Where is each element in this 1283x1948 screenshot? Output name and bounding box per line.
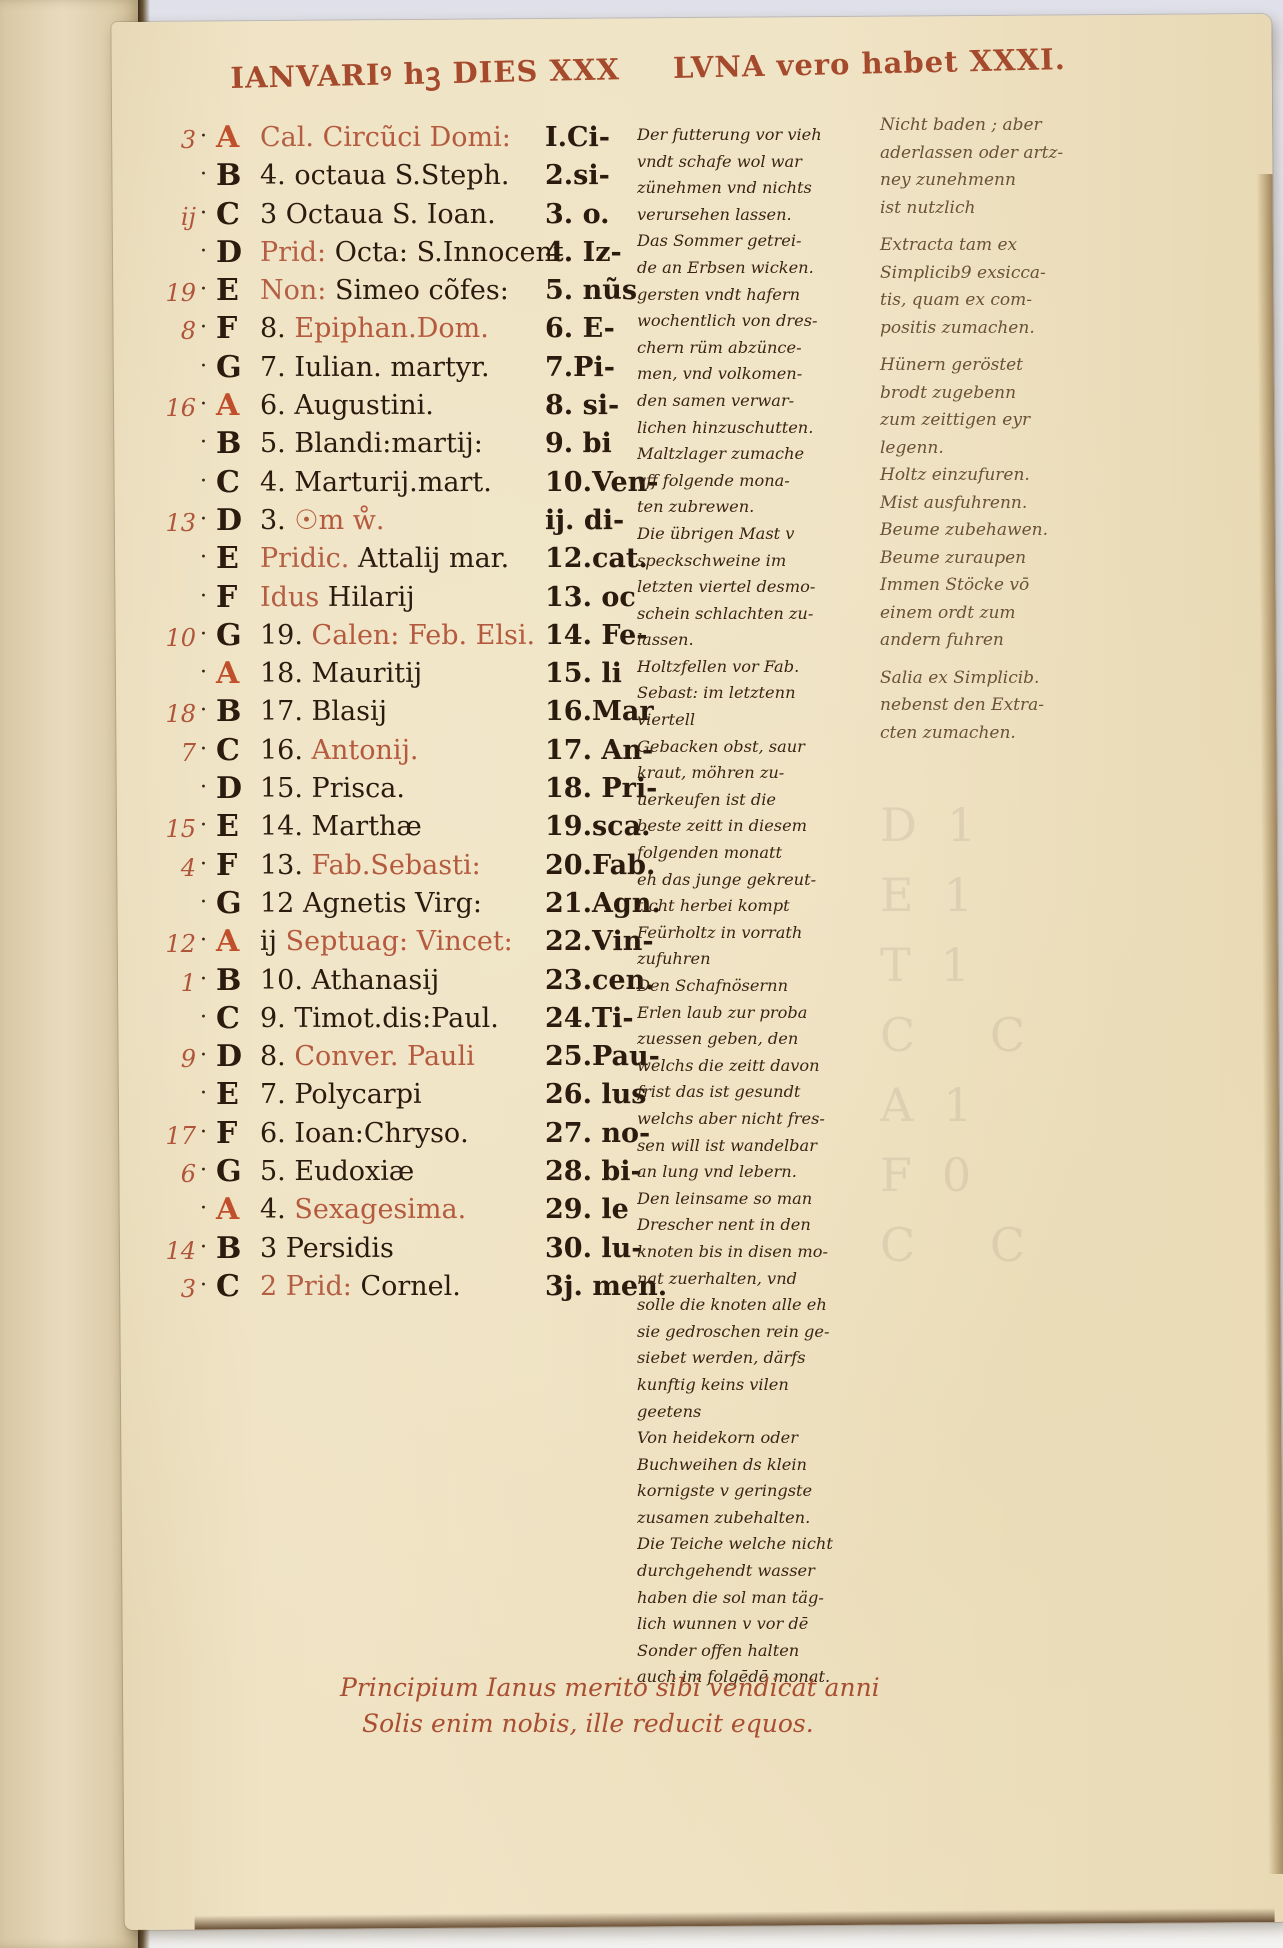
roman-date-and-feast: ij Septuag: Vincet: xyxy=(260,926,513,957)
dominical-letter: C xyxy=(216,465,240,500)
note-line: sie gedroschen rein ge- xyxy=(637,1319,877,1346)
golden-number: 18 xyxy=(160,700,196,728)
dominical-letter: A xyxy=(216,656,239,691)
calendar-row: ·A4. Sexagesima.29. le xyxy=(160,1192,640,1230)
dominical-letter: B xyxy=(216,426,241,461)
feast-name: Sexagesima. xyxy=(294,1194,466,1225)
note-line: Drescher nent in den xyxy=(637,1212,877,1239)
dominical-letter: E xyxy=(216,273,239,308)
feast-name: Cornel. xyxy=(360,1271,460,1302)
dominical-letter: G xyxy=(216,618,242,653)
roman-date-and-feast: 16. Antonij. xyxy=(260,735,419,766)
note-line: geetens xyxy=(637,1399,877,1426)
roman-date-and-feast: 14. Marthæ xyxy=(260,811,422,842)
day-number-cisiojanus: 6. E- xyxy=(545,313,615,344)
day-number-cisiojanus: 30. lu- xyxy=(545,1233,642,1264)
feast-name: octaua S.Steph. xyxy=(294,160,509,191)
day-number-cisiojanus: 28. bi- xyxy=(545,1156,642,1187)
note-line: men, vnd volkomen- xyxy=(637,361,877,388)
golden-number: 8 xyxy=(160,317,196,345)
note-line: den samen verwar- xyxy=(637,388,877,415)
roman-date: Non: xyxy=(260,275,326,306)
roman-date: 15. xyxy=(260,773,303,804)
feast-name: Mauritij xyxy=(312,658,423,689)
feast-name: Marthæ xyxy=(312,811,422,842)
roman-date: 5. xyxy=(260,1156,286,1187)
dominical-letter: D xyxy=(216,1039,242,1074)
calendar-row: ·FIdus Hilarij13. oc xyxy=(160,580,640,618)
calendar-row: 16·A6. Augustini.8. si- xyxy=(160,388,640,426)
calendar-row: 10·G19. Calen: Feb. Elsi.14. Fe- xyxy=(160,618,640,656)
note-line: lassen. xyxy=(637,627,877,654)
row-dot: · xyxy=(200,967,207,992)
calendar-row: ·B4. octaua S.Steph.2.si- xyxy=(160,158,640,196)
side-note-line: Nicht baden ; aber xyxy=(880,112,1120,140)
side-note-line: positis zumachen. xyxy=(880,315,1120,343)
note-line: eh das junge gekreut- xyxy=(637,867,877,894)
calendar-row: 12·Aij Septuag: Vincet:22.Vin- xyxy=(160,924,640,962)
dominical-letter: D xyxy=(216,235,242,270)
row-dot: · xyxy=(200,852,207,877)
dominical-letter: A xyxy=(216,388,239,423)
row-dot: · xyxy=(200,201,207,226)
show-through-ink: D1 E1 T1 C C A1 F0 C C xyxy=(880,790,1080,1210)
row-dot: · xyxy=(200,737,207,762)
roman-date: 9. xyxy=(260,1003,286,1034)
roman-date: 7. xyxy=(260,352,286,383)
note-line: welchs die zeitt davon xyxy=(637,1053,877,1080)
calendar-row: 7·C16. Antonij.17. An- xyxy=(160,733,640,771)
calendar-row: ·EPridic. Attalij mar.12.cat. xyxy=(160,541,640,579)
row-dot: · xyxy=(200,1043,207,1068)
dominical-letter: A xyxy=(216,924,239,959)
feast-name: Agnetis Virg: xyxy=(303,888,482,919)
row-dot: · xyxy=(200,469,207,494)
note-line: Erlen laub zur proba xyxy=(637,1000,877,1027)
row-dot: · xyxy=(200,928,207,953)
row-dot: · xyxy=(200,698,207,723)
dominical-letter: C xyxy=(216,1269,240,1304)
dominical-letter: E xyxy=(216,809,239,844)
note-line: welchs aber nicht fres- xyxy=(637,1106,877,1133)
dominical-letter: F xyxy=(216,311,237,346)
calendar-row: 1·B10. Athanasij23.cen. xyxy=(160,963,640,1001)
roman-date-and-feast: 7. Polycarpi xyxy=(260,1079,422,1110)
dominical-letter: B xyxy=(216,1231,241,1266)
roman-date: Idus xyxy=(260,582,319,613)
side-note-line: cten zumachen. xyxy=(880,720,1120,748)
day-number-cisiojanus: 5. nũs xyxy=(545,275,637,306)
note-line: zünehmen vnd nichts xyxy=(637,175,877,202)
day-number-cisiojanus: 19.sca. xyxy=(545,811,651,842)
row-dot: · xyxy=(200,1158,207,1183)
side-note-line: ist nutzlich xyxy=(880,195,1120,223)
calendar-row: ·A18. Mauritij15. li xyxy=(160,656,640,694)
heading-luna: LVNA vero habet XXXI. xyxy=(673,42,1067,85)
side-note-line: legenn. xyxy=(880,435,1120,463)
golden-number: ij xyxy=(160,203,196,231)
dominical-letter: D xyxy=(216,771,242,806)
day-number-cisiojanus: 24.Ti- xyxy=(545,1003,634,1034)
row-dot: · xyxy=(200,1273,207,1298)
calendar-row: ·C4. Marturij.mart.10.Ven- xyxy=(160,465,640,503)
roman-date: 3 xyxy=(260,199,277,230)
golden-number: 9 xyxy=(160,1045,196,1073)
day-number-cisiojanus: 3. o. xyxy=(545,199,610,230)
dominical-letter: E xyxy=(216,1077,239,1112)
roman-date-and-feast: Pridic. Attalij mar. xyxy=(260,543,509,574)
note-line: Maltzlager zumache xyxy=(637,441,877,468)
note-line: siebet werden, därfs xyxy=(637,1345,877,1372)
roman-date-and-feast: 12 Agnetis Virg: xyxy=(260,888,482,919)
note-line: kraut, möhren zu- xyxy=(637,760,877,787)
row-dot: · xyxy=(200,354,207,379)
calendar-row: ·E7. Polycarpi26. lus xyxy=(160,1077,640,1115)
calendar-row: ·G12 Agnetis Virg:21.Agn. xyxy=(160,886,640,924)
feast-name: Antonij. xyxy=(312,735,419,766)
calendar-row: ·G7. Iulian. martyr.7.Pi- xyxy=(160,350,640,388)
golden-number: 16 xyxy=(160,394,196,422)
note-line: Sebast: im letztenn xyxy=(637,680,877,707)
day-number-cisiojanus: 13. oc xyxy=(545,582,636,613)
row-dot: · xyxy=(200,1196,207,1221)
note-line: nat zuerhalten, vnd xyxy=(637,1266,877,1293)
side-note-line: Beume zubehawen. xyxy=(880,517,1120,545)
verse-line-1: Principium Ianus merito sibi vendicat an… xyxy=(340,1670,1040,1706)
roman-date: Pridic. xyxy=(260,543,349,574)
note-line: folgenden monatt xyxy=(637,840,877,867)
roman-date-and-feast: 5. Blandi:martij: xyxy=(260,428,483,459)
feast-name: Attalij mar. xyxy=(358,543,509,574)
roman-date-and-feast: 18. Mauritij xyxy=(260,658,422,689)
dominical-letter: A xyxy=(216,1192,239,1227)
note-line: kornigste v geringste xyxy=(637,1478,877,1505)
side-note-line: nebenst den Extra- xyxy=(880,692,1120,720)
golden-number: 7 xyxy=(160,739,196,767)
row-dot: · xyxy=(200,775,207,800)
roman-date: Cal. xyxy=(260,122,314,153)
note-line: viertell xyxy=(637,707,877,734)
note-line: zusamen zubehalten. xyxy=(637,1505,877,1532)
note-line: Holtzfellen vor Fab. xyxy=(637,654,877,681)
feast-name: ☉m ẘ. xyxy=(294,505,384,536)
calendar-row: 9·D8. Conver. Pauli25.Pau- xyxy=(160,1039,640,1077)
roman-date-and-feast: 5. Eudoxiæ xyxy=(260,1156,414,1187)
note-line: Die übrigen Mast v xyxy=(637,521,877,548)
roman-date: 16. xyxy=(260,735,303,766)
feast-name: Prisca. xyxy=(312,773,405,804)
note-line: vndt schafe wol war xyxy=(637,149,877,176)
roman-date: 12 xyxy=(260,888,294,919)
roman-date-and-feast: 17. Blasij xyxy=(260,696,387,727)
feast-name: Persidis xyxy=(286,1233,394,1264)
note-line: lichen hinzuschutten. xyxy=(637,415,877,442)
note-line: Buchweihen ds klein xyxy=(637,1452,877,1479)
roman-date-and-feast: 8. Epiphan.Dom. xyxy=(260,313,489,344)
feast-name: Marturij.mart. xyxy=(294,467,491,498)
side-note-line: Hünern geröstet xyxy=(880,352,1120,380)
day-number-cisiojanus: I.Ci- xyxy=(545,122,610,153)
roman-date: 8. xyxy=(260,313,286,344)
day-number-cisiojanus: 2.si- xyxy=(545,160,610,191)
calendar-row: 4·F13. Fab.Sebasti:20.Fab. xyxy=(160,848,640,886)
calendar-row: 8·F8. Epiphan.Dom.6. E- xyxy=(160,311,640,349)
roman-date-and-feast: 4. Sexagesima. xyxy=(260,1194,466,1225)
row-dot: · xyxy=(200,1120,207,1145)
note-line: an lung vnd lebern. xyxy=(637,1159,877,1186)
side-note-line: tis, quam ex com- xyxy=(880,287,1120,315)
calendar-row: ·DPrid: Octa: S.Innocent.4. Iz- xyxy=(160,235,640,273)
row-dot: · xyxy=(200,545,207,570)
feast-name: Iulian. martyr. xyxy=(294,352,489,383)
golden-number: 15 xyxy=(160,815,196,843)
roman-date-and-feast: Cal. Circũci Domi: xyxy=(260,122,511,153)
note-line: uerkeufen ist die xyxy=(637,787,877,814)
golden-number: 19 xyxy=(160,279,196,307)
roman-date-and-feast: 3 Persidis xyxy=(260,1233,394,1264)
golden-number: 14 xyxy=(160,1237,196,1265)
feast-name: Circũci Domi: xyxy=(323,122,511,153)
feast-name: Octaua S. Ioan. xyxy=(286,199,496,230)
roman-date: 2 Prid: xyxy=(260,1271,352,1302)
note-line: ten zubrewen. xyxy=(637,494,877,521)
side-note-line: einem ordt zum xyxy=(880,600,1120,628)
roman-date-and-feast: 10. Athanasij xyxy=(260,965,439,996)
dominical-letter: F xyxy=(216,580,237,615)
roman-date: 4. xyxy=(260,467,286,498)
note-line: ticht herbei kompt xyxy=(637,893,877,920)
calendar-row: 13·D3. ☉m ẘ.ij. di- xyxy=(160,503,640,541)
row-dot: · xyxy=(200,1235,207,1260)
feast-name: Polycarpi xyxy=(294,1079,421,1110)
roman-date-and-feast: 6. Ioan:Chrysо. xyxy=(260,1118,469,1149)
feast-name: Hilarij xyxy=(328,582,415,613)
feast-name: Blasij xyxy=(312,696,387,727)
page-edge-right xyxy=(1256,174,1283,1874)
note-line: frist das ist gesundt xyxy=(637,1079,877,1106)
side-note-line: Holtz einzufuren. xyxy=(880,462,1120,490)
golden-number: 3 xyxy=(160,126,196,154)
roman-date-and-feast: 6. Augustini. xyxy=(260,390,434,421)
calendar-row: 3·ACal. Circũci Domi:I.Ci- xyxy=(160,120,640,158)
feast-name: Augustini. xyxy=(294,390,434,421)
note-line: wochentlich von dres- xyxy=(637,308,877,335)
row-dot: · xyxy=(200,660,207,685)
note-line: Das Sommer getrei- xyxy=(637,228,877,255)
feast-name: Athanasij xyxy=(312,965,440,996)
note-line: Gebacken obst, saur xyxy=(637,734,877,761)
calendar-row: 6·G5. Eudoxiæ28. bi- xyxy=(160,1154,640,1192)
note-line: Den leinsame so man xyxy=(637,1186,877,1213)
roman-date: 8. xyxy=(260,1041,286,1072)
roman-date-and-feast: 15. Prisca. xyxy=(260,773,405,804)
note-line: Der futterung vor vieh xyxy=(637,122,877,149)
note-line: Sonder offen halten xyxy=(637,1638,877,1665)
dominical-letter: G xyxy=(216,886,242,921)
roman-date: 3 xyxy=(260,1233,277,1264)
row-dot: · xyxy=(200,1081,207,1106)
dominical-letter: C xyxy=(216,1001,240,1036)
roman-date: 10. xyxy=(260,965,303,996)
feast-name: Ioan:Chrysо. xyxy=(294,1118,468,1149)
side-note-line: Immen Stöcke vō xyxy=(880,572,1120,600)
roman-date: 6. xyxy=(260,390,286,421)
roman-date: 4. xyxy=(260,1194,286,1225)
feast-name: Epiphan.Dom. xyxy=(294,313,488,344)
dominical-letter: A xyxy=(216,120,239,155)
medical-notes-column: Nicht baden ; aberaderlassen oder artz-n… xyxy=(880,112,1120,747)
golden-number: 3 xyxy=(160,1275,196,1303)
day-number-cisiojanus: 7.Pi- xyxy=(545,352,615,383)
golden-number: 13 xyxy=(160,509,196,537)
roman-date: 19. xyxy=(260,620,303,651)
roman-date-and-feast: Non: Simeo cõfes: xyxy=(260,275,509,306)
note-line: Den Schafnösernn xyxy=(637,973,877,1000)
dominical-letter: F xyxy=(216,848,237,883)
feast-name: Simeo cõfes: xyxy=(335,275,509,306)
golden-number: 10 xyxy=(160,624,196,652)
day-number-cisiojanus: 26. lus xyxy=(545,1079,646,1110)
note-line: Von heidekorn oder xyxy=(637,1425,877,1452)
roman-date: 7. xyxy=(260,1079,286,1110)
roman-date: 3. xyxy=(260,505,286,536)
roman-date: Prid: xyxy=(260,237,326,268)
feast-name: Blandi:martij: xyxy=(294,428,483,459)
husbandry-notes-column: Der futterung vor viehvndt schafe wol wa… xyxy=(637,122,877,1691)
golden-number: 6 xyxy=(160,1160,196,1188)
feast-name: Conver. Pauli xyxy=(294,1041,474,1072)
note-line: verursehen lassen. xyxy=(637,202,877,229)
note-line: Feürholtz in vorrath xyxy=(637,920,877,947)
dominical-letter: B xyxy=(216,158,241,193)
note-line: zuessen geben, den xyxy=(637,1026,877,1053)
day-number-cisiojanus: 15. li xyxy=(545,658,622,689)
note-line: beste zeitt in diesem xyxy=(637,813,877,840)
day-number-cisiojanus: 9. bi xyxy=(545,428,612,459)
roman-date-and-feast: 9. Timot.dis:Paul. xyxy=(260,1003,499,1034)
closing-verse: Principium Ianus merito sibi vendicat an… xyxy=(340,1670,1040,1742)
feast-name: Timot.dis:Paul. xyxy=(294,1003,498,1034)
note-line: zufuhren xyxy=(637,946,877,973)
row-dot: · xyxy=(200,813,207,838)
row-dot: · xyxy=(200,239,207,264)
roman-date: 14. xyxy=(260,811,303,842)
side-note-line: Simplicib9 exsicca- xyxy=(880,260,1120,288)
note-line: haben die sol man täg- xyxy=(637,1585,877,1612)
dominical-letter: C xyxy=(216,197,240,232)
roman-date-and-feast: 13. Fab.Sebasti: xyxy=(260,850,481,881)
golden-number: 4 xyxy=(160,854,196,882)
note-line: lich wunnen v vor dē xyxy=(637,1611,877,1638)
golden-number: 17 xyxy=(160,1122,196,1150)
dominical-letter: D xyxy=(216,503,242,538)
side-note-line: brodt zugebenn xyxy=(880,380,1120,408)
row-dot: · xyxy=(200,277,207,302)
note-line: speckschweine im xyxy=(637,548,877,575)
feast-name: Calen: Feb. Elsi. xyxy=(312,620,536,651)
feast-name: Septuag: Vincet: xyxy=(286,926,513,957)
roman-date: 13. xyxy=(260,850,303,881)
row-dot: · xyxy=(200,162,207,187)
row-dot: · xyxy=(200,584,207,609)
dominical-letter: B xyxy=(216,963,241,998)
side-note-line: Salia ex Simplicib. xyxy=(880,665,1120,693)
block-gap xyxy=(880,222,1120,232)
feast-name: Fab.Sebasti: xyxy=(312,850,481,881)
roman-date-and-feast: 19. Calen: Feb. Elsi. xyxy=(260,620,535,651)
note-line: durchgehendt wasser xyxy=(637,1558,877,1585)
row-dot: · xyxy=(200,315,207,340)
day-number-cisiojanus: 4. Iz- xyxy=(545,237,622,268)
roman-date: 6. xyxy=(260,1118,286,1149)
roman-date-and-feast: 8. Conver. Pauli xyxy=(260,1041,475,1072)
dominical-letter: G xyxy=(216,1154,242,1189)
day-number-cisiojanus: 29. le xyxy=(545,1194,629,1225)
calendar-row: 19·ENon: Simeo cõfes:5. nũs xyxy=(160,273,640,311)
calendar-table: 3·ACal. Circũci Domi:I.Ci-·B4. octaua S.… xyxy=(160,120,640,1307)
row-dot: · xyxy=(200,392,207,417)
note-line: sen will ist wandelbar xyxy=(637,1133,877,1160)
side-note-line: ney zunehmenn xyxy=(880,167,1120,195)
block-gap xyxy=(880,655,1120,665)
roman-date: 4. xyxy=(260,160,286,191)
dominical-letter: B xyxy=(216,694,241,729)
dominical-letter: C xyxy=(216,733,240,768)
calendar-row: 14·B3 Persidis30. lu- xyxy=(160,1231,640,1269)
note-line: kunftig keins vilen xyxy=(637,1372,877,1399)
roman-date: 18. xyxy=(260,658,303,689)
dominical-letter: F xyxy=(216,1116,237,1151)
row-dot: · xyxy=(200,507,207,532)
side-note-line: Beume zuraupen xyxy=(880,545,1120,573)
roman-date-and-feast: 7. Iulian. martyr. xyxy=(260,352,490,383)
side-note-line: aderlassen oder artz- xyxy=(880,140,1120,168)
block-gap xyxy=(880,342,1120,352)
roman-date: ij xyxy=(260,926,277,957)
day-number-cisiojanus: 27. no- xyxy=(545,1118,650,1149)
calendar-row: ·C9. Timot.dis:Paul.24.Ti- xyxy=(160,1001,640,1039)
side-note-line: Extracta tam ex xyxy=(880,232,1120,260)
side-note-line: zum zeittigen eyr xyxy=(880,407,1120,435)
golden-number: 1 xyxy=(160,969,196,997)
row-dot: · xyxy=(200,622,207,647)
note-line: de an Erbsen wicken. xyxy=(637,255,877,282)
note-line: solle die knoten alle eh xyxy=(637,1292,877,1319)
calendar-row: ij·C3 Octaua S. Ioan.3. o. xyxy=(160,197,640,235)
roman-date-and-feast: Idus Hilarij xyxy=(260,582,415,613)
calendar-row: ·B5. Blandi:martij:9. bi xyxy=(160,426,640,464)
dominical-letter: G xyxy=(216,350,242,385)
note-line: letzten viertel desmo- xyxy=(637,574,877,601)
note-line: vff folgende mona- xyxy=(637,468,877,495)
note-line: Die Teiche welche nicht xyxy=(637,1531,877,1558)
day-number-cisiojanus: ij. di- xyxy=(545,505,624,536)
side-note-line: Mist ausfuhrenn. xyxy=(880,490,1120,518)
verse-line-2: Solis enim nobis, ille reducit equos. xyxy=(340,1706,1040,1742)
note-line: gersten vndt hafern xyxy=(637,282,877,309)
roman-date-and-feast: 3. ☉m ẘ. xyxy=(260,505,384,536)
day-number-cisiojanus: 14. Fe- xyxy=(545,620,647,651)
roman-date-and-feast: 4. octaua S.Steph. xyxy=(260,160,509,191)
day-number-cisiojanus: 12.cat. xyxy=(545,543,648,574)
calendar-row: 3·C2 Prid: Cornel.3j. men. xyxy=(160,1269,640,1307)
note-line: schein schlachten zu- xyxy=(637,601,877,628)
roman-date-and-feast: 4. Marturij.mart. xyxy=(260,467,492,498)
golden-number: 12 xyxy=(160,930,196,958)
roman-date: 5. xyxy=(260,428,286,459)
roman-date-and-feast: Prid: Octa: S.Innocent. xyxy=(260,237,572,268)
feast-name: Eudoxiæ xyxy=(294,1156,414,1187)
